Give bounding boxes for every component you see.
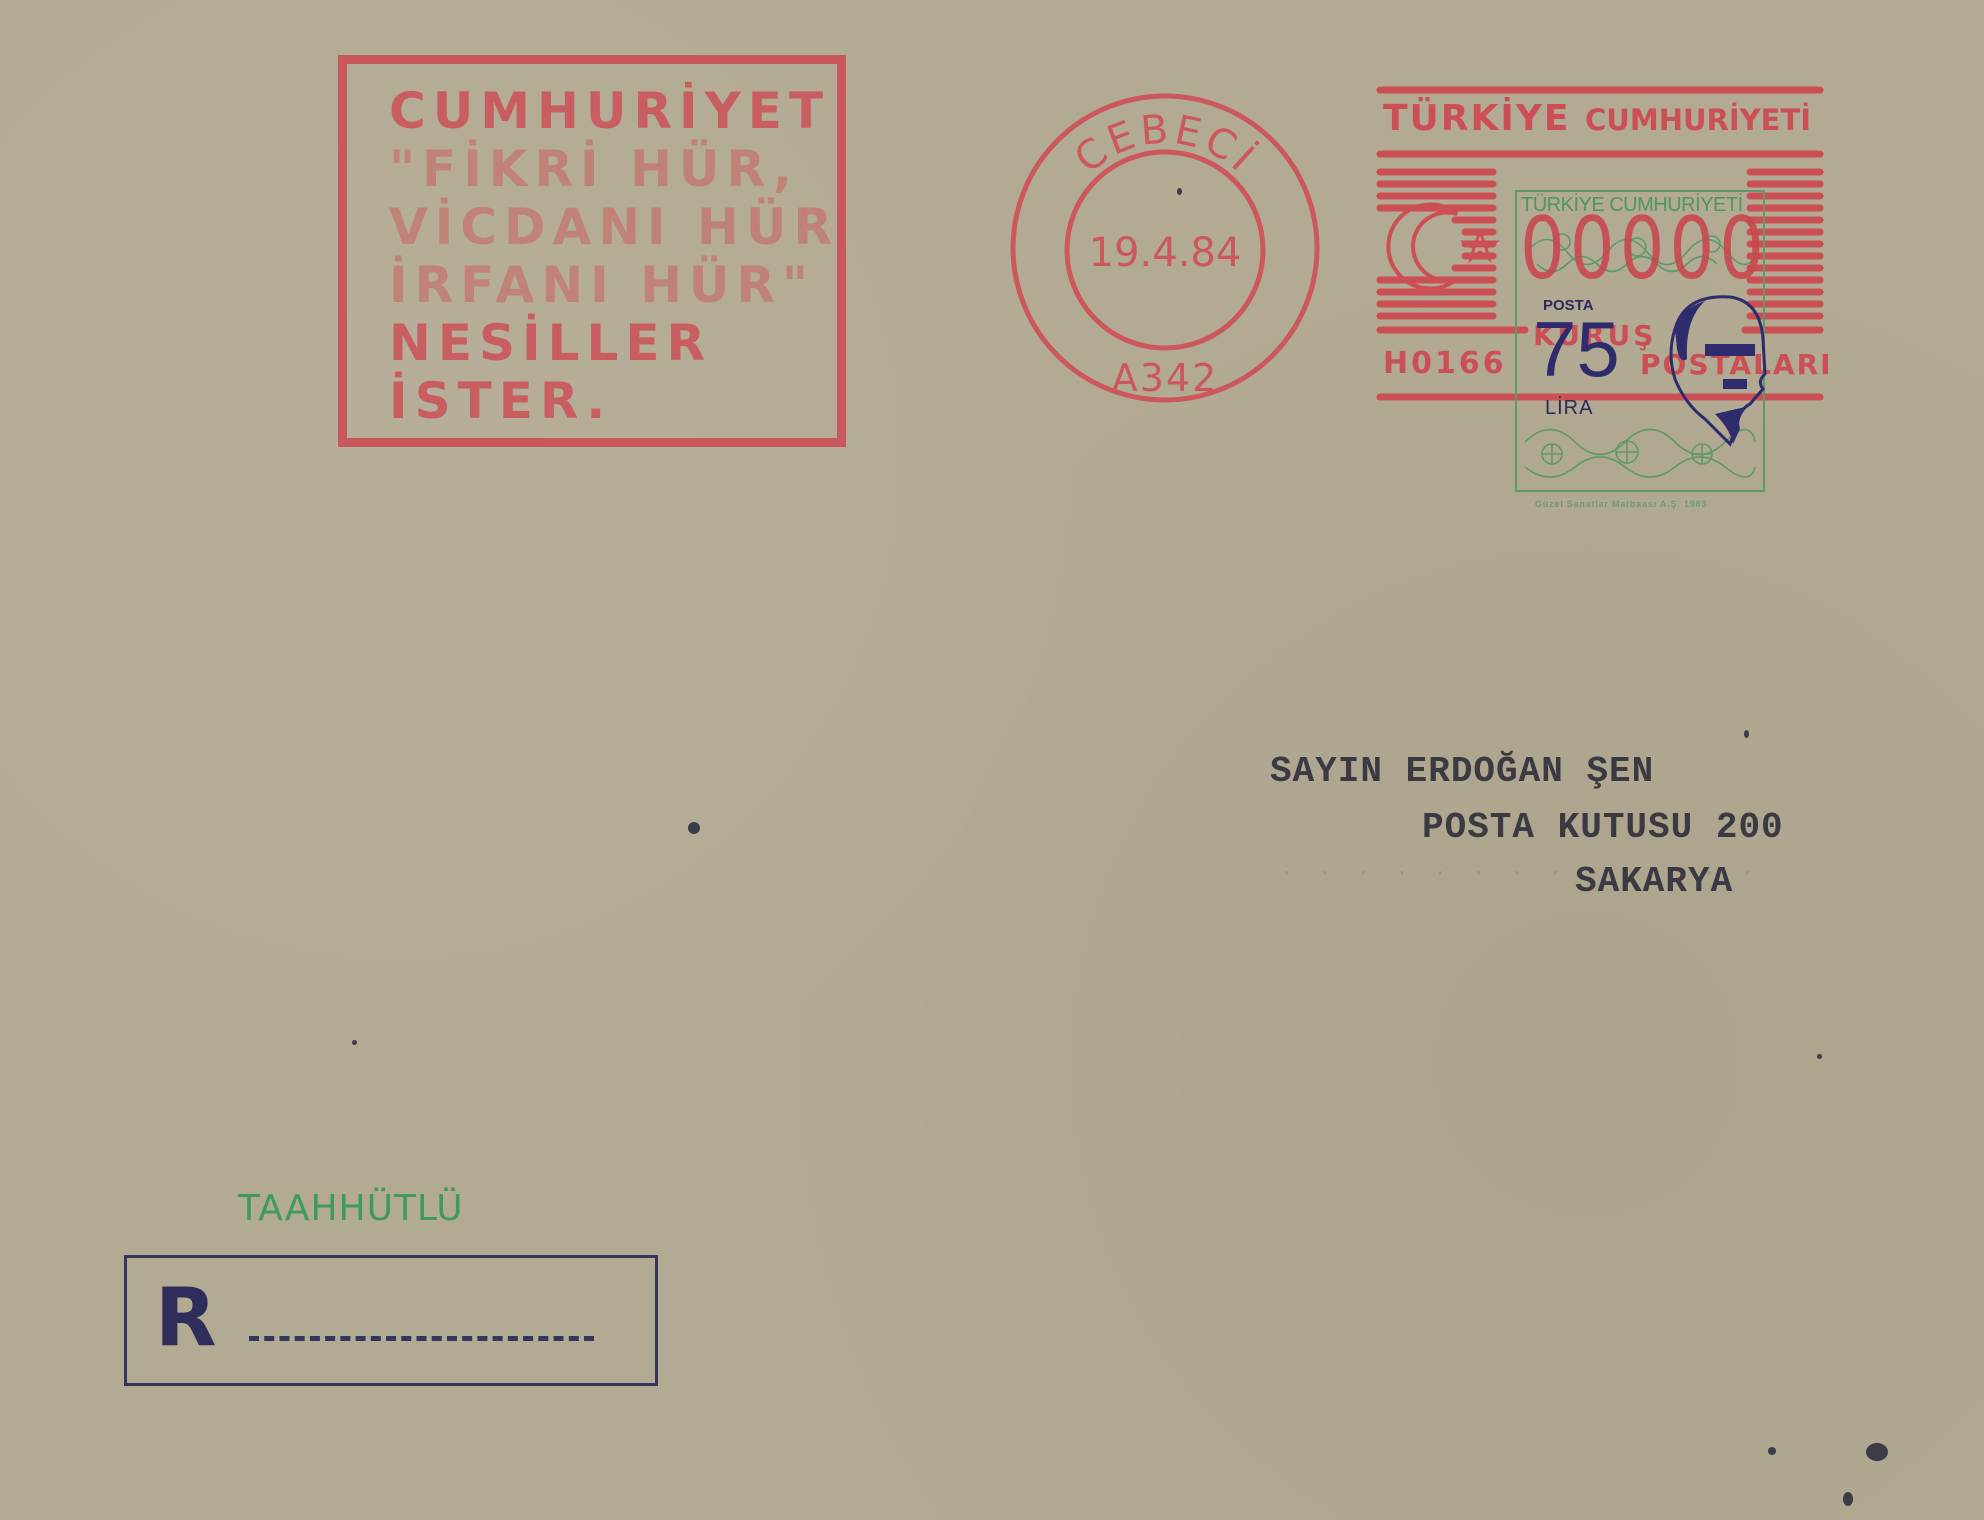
registered-number-box: R <box>124 1255 658 1386</box>
meter-title-right: CUMHURİYETİ <box>1585 103 1811 137</box>
address-line-city: SAKARYA <box>1575 860 1733 904</box>
address-line-name: SAYIN ERDOĞAN ŞEN <box>1270 750 1654 794</box>
meter-title: TÜRKİYE CUMHURİYETİ <box>1383 98 1811 139</box>
slogan-text: CUMHURİYET "FİKRİ HÜR, VİCDANI HÜR İRFAN… <box>389 82 839 430</box>
portrait-icon <box>1645 289 1785 449</box>
slogan-line: "FİKRİ HÜR, <box>389 140 839 198</box>
meter-machine-id: H0166 <box>1383 346 1507 381</box>
slogan-line: NESİLLER <box>389 314 839 372</box>
slogan-line: VİCDANI HÜR <box>389 198 839 256</box>
registered-label: TAAHHÜTLÜ <box>238 1188 464 1229</box>
stamp-value: 75 <box>1533 310 1620 388</box>
address-line-pobox: POSTA KUTUSU 200 <box>1422 806 1784 850</box>
slogan-line: İRFANI HÜR" <box>389 256 839 314</box>
slogan-line: CUMHURİYET <box>389 82 839 140</box>
date-postmark: CEBECİ 19.4.84 A342 <box>1005 88 1325 408</box>
slogan-line: İSTER. <box>389 372 839 430</box>
paper-speck <box>1177 188 1182 195</box>
meter-value: 00000 <box>1520 206 1769 292</box>
paper-speck <box>1843 1492 1853 1506</box>
postmark-town: CEBECİ <box>1066 106 1266 182</box>
stamp-unit: LİRA <box>1545 397 1593 420</box>
registered-r-letter: R <box>155 1278 217 1358</box>
paper-speck <box>352 1040 357 1045</box>
paper-speck <box>1866 1443 1888 1461</box>
registered-number-field <box>249 1336 594 1341</box>
envelope: CUMHURİYET "FİKRİ HÜR, VİCDANI HÜR İRFAN… <box>0 0 1984 1520</box>
paper-speck <box>688 822 700 834</box>
postmark-code: A342 <box>1112 356 1219 400</box>
slogan-cachet: CUMHURİYET "FİKRİ HÜR, VİCDANI HÜR İRFAN… <box>338 55 846 447</box>
stamp-printer-imprint: Güzel Sanatlar Matbaası A.Ş. 1983 <box>1535 499 1707 509</box>
paper-speck <box>1768 1447 1776 1455</box>
postmark-date: 19.4.84 <box>1089 230 1242 276</box>
paper-speck <box>1817 1054 1822 1059</box>
svg-text:CEBECİ: CEBECİ <box>1066 106 1266 182</box>
meter-title-left: TÜRKİYE <box>1383 98 1570 139</box>
paper-speck <box>1744 730 1749 738</box>
